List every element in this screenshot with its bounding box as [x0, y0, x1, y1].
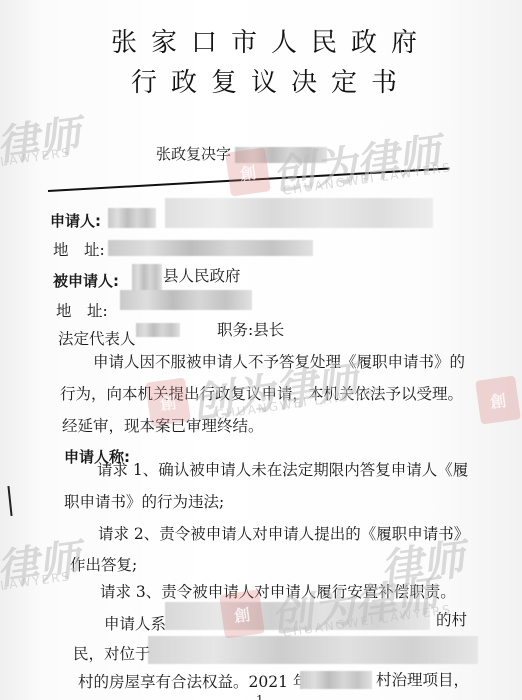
margin-pen-mark — [7, 486, 12, 516]
redacted-respondent-county — [132, 264, 162, 292]
watermark-seal-top: 創 — [225, 147, 271, 196]
intro-line-1: 申请人因不服被申请人不予答复处理《履职申请书》的 — [93, 350, 465, 372]
claim-2-line-1: 请求 2、责令被申请人对申请人提出的《履职申请书》 — [98, 522, 469, 544]
facts-line-3-suffix: 村治理项目， — [376, 668, 469, 690]
position-value: 县长 — [253, 321, 284, 339]
watermark-brand-en-left: LAWYERS — [0, 145, 72, 169]
redacted-respondent-address — [120, 290, 252, 310]
facts-line-1-prefix: 申请人系 — [104, 612, 166, 634]
redacted-village-name — [165, 602, 430, 630]
watermark-seal-right: 創 — [475, 375, 521, 424]
facts-line-1-suffix: 的村 — [436, 608, 467, 630]
claim-3: 请求 3、责令被申请人对申请人履行安置补偿职责。 — [100, 580, 456, 602]
position-label: 职务: — [217, 321, 253, 339]
position-field: 职务:县长 — [217, 318, 284, 340]
document-number-prefix: 张政复决字 — [156, 145, 231, 163]
claim-1-line-2: 职申请书》的行为违法; — [64, 490, 224, 512]
applicant-label: 申请人: — [50, 210, 101, 231]
redacted-applicant-info — [165, 198, 433, 228]
issuer-title: 张家口市人民政府 — [10, 22, 522, 59]
applicant-address-label: 地 址: — [53, 238, 105, 260]
redacted-village-project — [300, 671, 372, 689]
redacted-house-location — [148, 636, 478, 664]
respondent-address-label: 地 址: — [56, 299, 108, 321]
redacted-applicant-address — [108, 240, 313, 256]
document-type-title: 行政复议决定书 — [10, 62, 522, 99]
facts-line-2-prefix: 民，对位于 — [73, 642, 151, 664]
watermark-brand-en-lower-left: LAWYERS — [0, 569, 72, 593]
facts-line-3-prefix: 村的房屋享有合法权益。2021 年因 — [78, 670, 324, 692]
redacted-applicant-name — [108, 208, 156, 228]
page-number: 1 — [256, 693, 264, 700]
watermark-seal-lower: 創 — [219, 589, 265, 638]
intro-line-2: 行为，向本机关提出行政复议申请，本机关依法予以受理。 — [60, 382, 463, 404]
watermark-seal-middle: 創 — [145, 377, 191, 426]
watermark-brand-en-top: CHUANGWEI LAWYERS — [282, 160, 453, 198]
respondent-name: 县人民政府 — [163, 264, 241, 286]
watermark-brand-cn-left: 律师 — [0, 102, 84, 173]
legal-rep-label: 法定代表人 — [58, 327, 136, 349]
respondent-label: 被申请人: — [53, 270, 119, 291]
redacted-legal-rep-name — [136, 323, 180, 337]
claim-2-line-2: 作出答复; — [70, 553, 137, 575]
document-page: 张家口市人民政府 行政复议决定书 张政复决字 申请人: 地 址: 被申请人: 县… — [0, 0, 522, 700]
claim-1-line-1: 请求 1、确认被申请人未在法定期限内答复申请人《履 — [97, 458, 468, 480]
